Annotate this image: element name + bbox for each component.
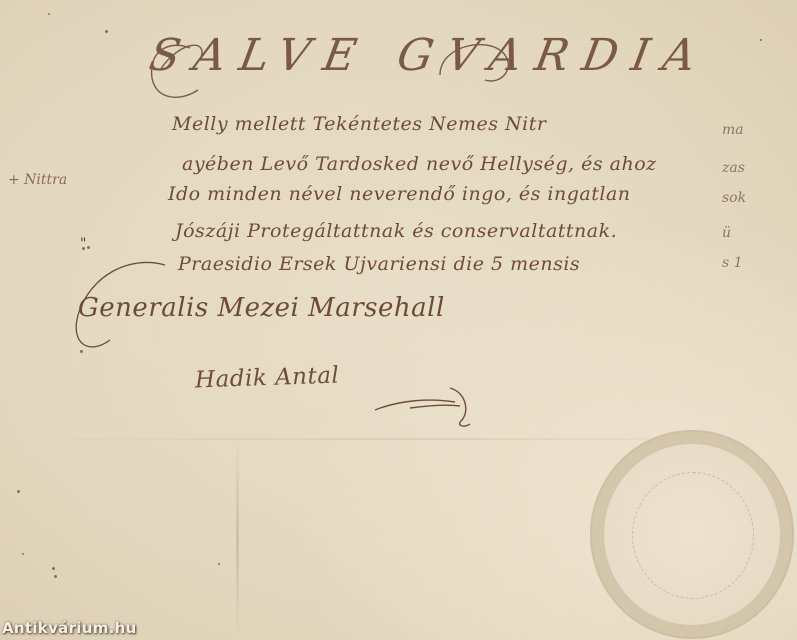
body-line-2: ayében Levő Tardosked nevő Hellység, és … bbox=[182, 153, 657, 175]
watermark: Antikvárium.hu bbox=[2, 619, 137, 637]
ink-speck bbox=[52, 567, 55, 570]
body-line-5: Praesidio Ersek Ujvariensi die 5 mensis bbox=[178, 253, 580, 275]
body-line-3: Ido minden nével neverendő ingo, és inga… bbox=[168, 183, 631, 205]
signature: Hadik Antal bbox=[195, 362, 340, 393]
ink-speck bbox=[48, 13, 50, 15]
closing-title: Generalis Mezei Marsehall bbox=[78, 293, 445, 323]
body-line-1: Melly mellett Tekéntetes Nemes Nitr bbox=[172, 113, 546, 135]
ink-speck bbox=[105, 30, 108, 33]
ink-speck bbox=[54, 575, 57, 578]
margin-note-right-3: sok bbox=[722, 190, 746, 206]
margin-note-right-1: ma bbox=[722, 122, 744, 138]
ink-speck bbox=[760, 39, 762, 41]
paper-fold-vertical bbox=[236, 440, 239, 640]
margin-note-right-4: ü bbox=[722, 225, 731, 241]
ink-speck bbox=[22, 553, 24, 555]
margin-note-right-5: s 1 bbox=[722, 255, 743, 271]
ink-speck bbox=[218, 563, 220, 565]
ink-speck bbox=[87, 246, 90, 249]
ink-speck bbox=[17, 490, 20, 493]
wax-seal-impression bbox=[590, 430, 794, 639]
document-page: SALVE GVARDIA Melly mellett Tekéntetes N… bbox=[0, 0, 797, 640]
document-title: SALVE GVARDIA bbox=[146, 30, 714, 81]
body-line-4: Jószáji Protegáltattnak és conservaltatt… bbox=[175, 220, 617, 242]
seal-inner-ring bbox=[632, 472, 754, 599]
signature-flourish bbox=[370, 380, 480, 430]
margin-note-right-2: zas bbox=[722, 160, 745, 176]
margin-mark-left: " bbox=[80, 236, 86, 252]
margin-note-left: + Nittra bbox=[8, 172, 67, 188]
